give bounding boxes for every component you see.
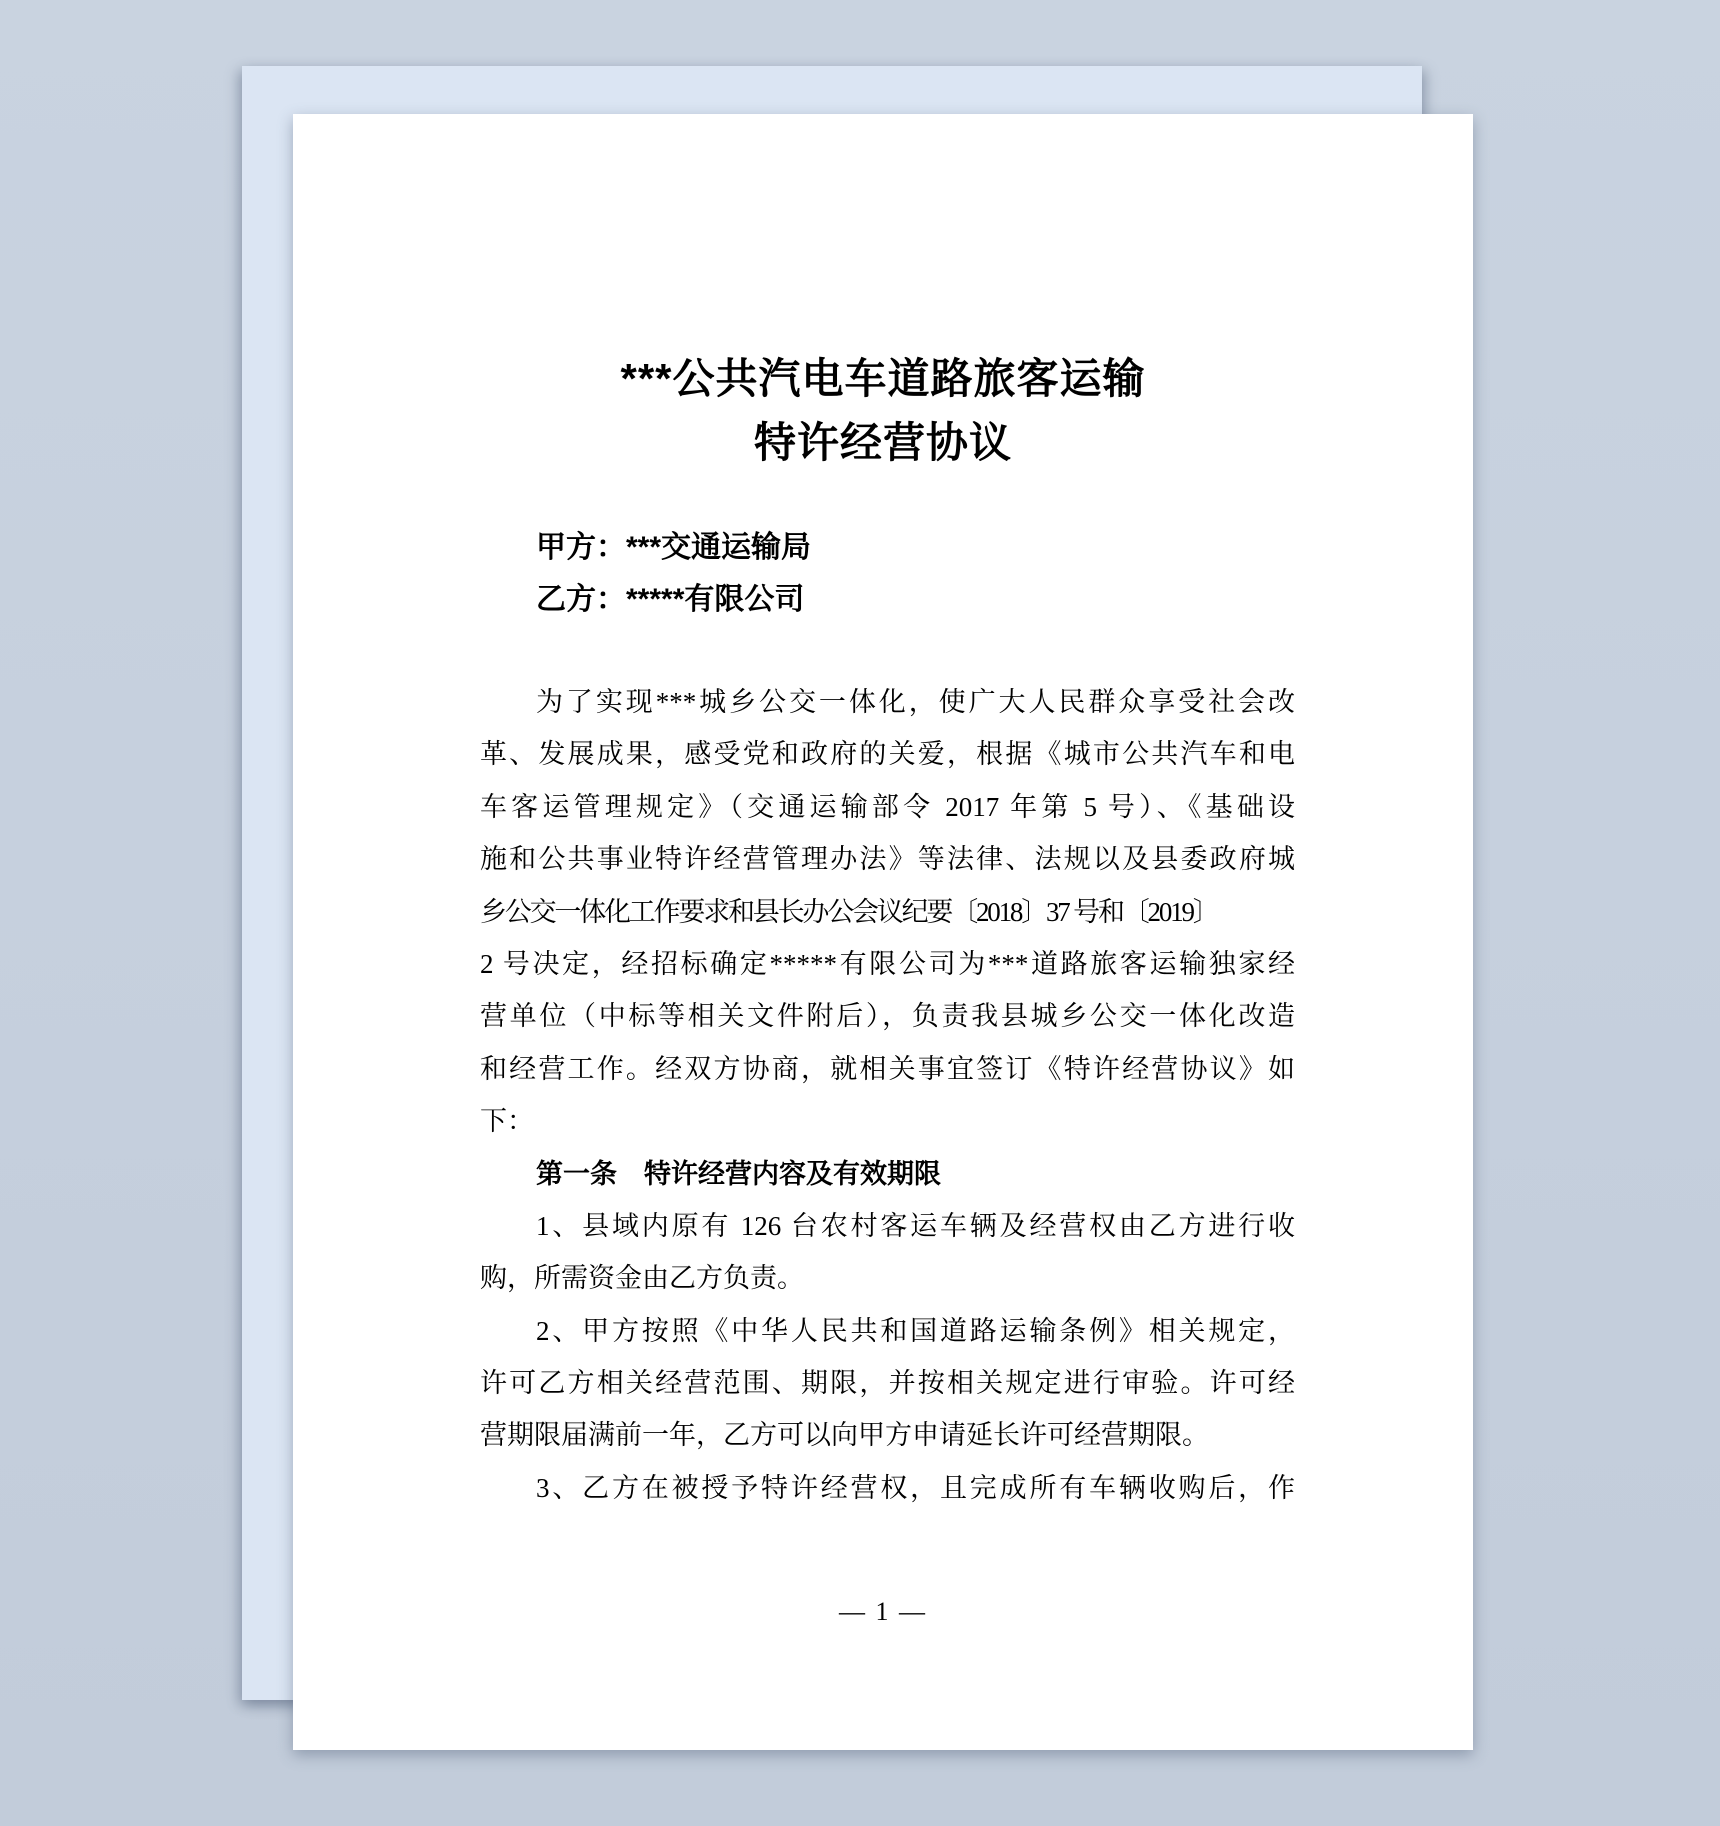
document-page: ***公共汽电车道路旅客运输 特许经营协议 甲方：***交通运输局 乙方：***… [293,114,1473,1750]
page-number: — 1 — [293,1592,1473,1632]
document-line: 和经营工作。经双方协商，就相关事宜签订《特许经营协议》如 [480,1043,1295,1095]
party-b-line: 乙方：*****有限公司 [536,574,811,626]
document-title: ***公共汽电车道路旅客运输 特许经营协议 [293,347,1473,475]
document-line: 为了实现***城乡公交一体化，使广大人民群众享受社会改 [480,676,1295,728]
document-line: 2 号决定，经招标确定*****有限公司为***道路旅客运输独家经 [480,938,1295,990]
document-line: 营单位（中标等相关文件附后），负责我县城乡公交一体化改造 [480,990,1295,1042]
document-line: 下： [480,1095,1295,1147]
document-line: 第一条 特许经营内容及有效期限 [480,1148,1295,1200]
document-line: 施和公共事业特许经营管理办法》等法律、法规以及县委政府城 [480,833,1295,885]
document-line: 革、发展成果，感受党和政府的关爱，根据《城市公共汽车和电 [480,728,1295,780]
document-body: 为了实现***城乡公交一体化，使广大人民群众享受社会改革、发展成果，感受党和政府… [480,676,1295,1514]
document-line: 3、乙方在被授予特许经营权，且完成所有车辆收购后，作 [480,1462,1295,1514]
document-line: 车客运管理规定》（交通运输部令 2017 年第 5 号）、《基础设 [480,781,1295,833]
document-line: 购，所需资金由乙方负责。 [480,1252,1295,1304]
document-line: 1、县域内原有 126 台农村客运车辆及经营权由乙方进行收 [480,1200,1295,1252]
document-line: 乡公交一体化工作要求和县长办公会议纪要〔2018〕37 号和〔2019〕 [480,886,1295,938]
document-line: 营期限届满前一年，乙方可以向甲方申请延长许可经营期限。 [480,1409,1295,1461]
document-title-line-2: 特许经营协议 [293,411,1473,475]
document-line: 2、甲方按照《中华人民共和国道路运输条例》相关规定， [480,1305,1295,1357]
parties-block: 甲方：***交通运输局 乙方：*****有限公司 [536,522,811,626]
document-line: 许可乙方相关经营范围、期限，并按相关规定进行审验。许可经 [480,1357,1295,1409]
party-a-line: 甲方：***交通运输局 [536,522,811,574]
document-title-line-1: ***公共汽电车道路旅客运输 [293,347,1473,411]
